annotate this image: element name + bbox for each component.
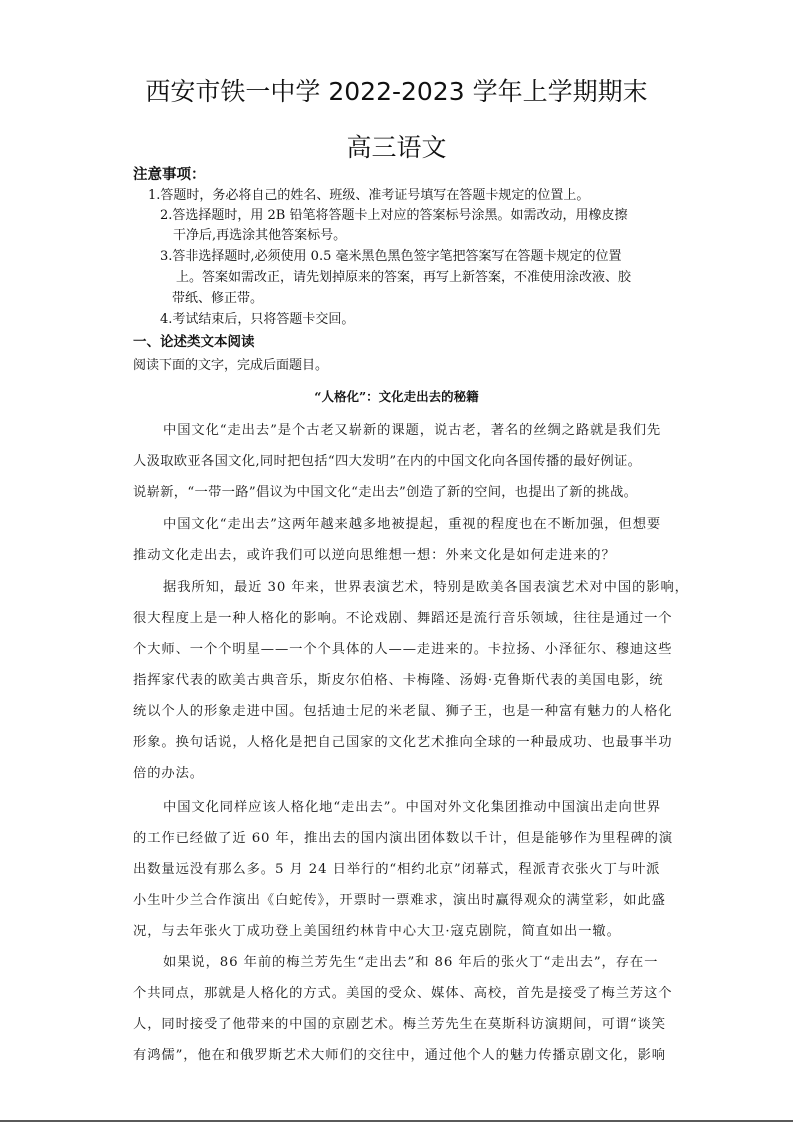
article-line: 小生叶少兰合作演出《白蛇传》，开票时一票难求，演出时赢得观众的满堂彩，如此盛 (133, 889, 663, 908)
article-line: 推动文化走出去，或许我们可以逆向思维想一想：外来文化是如何走进来的？ (133, 544, 663, 563)
notice-heading: 注意事项： (133, 163, 206, 184)
notice-item-3: 3.答非选择题时,必须使用 0.5 毫米黑色黑色签字笔把答案写在答题卡规定的位置 (160, 247, 621, 267)
article-line: 中国文化“走出去”是个古老又崭新的课题，说古老，著名的丝绸之路就是我们先 (163, 419, 693, 438)
notice-item-3-cont: 上。答案如需改正，请先划掉原来的答案，再写上新答案，不准使用涂改液、胶 (176, 268, 631, 288)
exam-page: 西安市铁一中学 2022-2023 学年上学期期末 高三语文 注意事项： 1.答… (0, 0, 793, 1122)
notice-item-3-cont2: 带纸、修正带。 (172, 289, 263, 309)
article-line: 出数量远没有那么多。5 月 24 日举行的“相约北京”闭幕式，程派青衣张火丁与叶… (133, 858, 663, 877)
article-line: 有鸿儒”，他在和俄罗斯艺术大师们的交往中，通过他个人的魅力传播京剧文化，影响 (133, 1044, 663, 1063)
article-line: 个大师、一个个明星——一个个具体的人——走进来的。卡拉扬、小泽征尔、穆迪这些 (133, 638, 663, 657)
article-line: 据我所知，最近 30 年来，世界表演艺术，特别是欧美各国表演艺术对中国的影响， (163, 576, 693, 595)
article-line: 如果说，86 年前的梅兰芳先生“走出去”和 86 年后的张火丁“走出去”，存在一 (163, 951, 693, 970)
article-line: 倍的办法。 (133, 762, 663, 781)
article-line: 的工作已经做了近 60 年，推出去的国内演出团体数以千计，但是能够作为里程碑的演 (133, 827, 663, 846)
notice-item-2: 2.答选择题时，用 2B 铅笔将答题卡上对应的答案标号涂黑。如需改动，用橡皮擦 (160, 206, 628, 226)
article-title: “人格化”：文化走出去的秘籍 (0, 387, 793, 405)
article-line: 中国文化同样应该人格化地“走出去”。中国对外文化集团推动中国演出走向世界 (163, 796, 693, 815)
notice-item-2-cont: 干净后,再选涂其他答案标号。 (173, 226, 346, 246)
article-line: 很大程度上是一种人格化的影响。不论戏剧、舞蹈还是流行音乐领域，往往是通过一个 (133, 607, 663, 626)
exam-subtitle: 高三语文 (0, 128, 793, 164)
section-heading: 一、论述类文本阅读 (133, 330, 255, 350)
article-line: 说崭新，“一带一路”倡议为中国文化“走出去”创造了新的空间，也提出了新的挑战。 (133, 481, 663, 500)
article-line: 中国文化“走出去”这两年越来越多地被提起，重视的程度也在不断加强，但想要 (163, 513, 693, 532)
article-line: 人，同时接受了他带来的中国的京剧艺术。梅兰芳先生在莫斯科访演期间，可谓“谈笑 (133, 1013, 663, 1032)
article-line: 指挥家代表的欧美古典音乐，斯皮尔伯格、卡梅隆、汤姆·克鲁斯代表的美国电影，统 (133, 669, 663, 688)
article-line: 个共同点，那就是人格化的方式。美国的受众、媒体、高校，首先是接受了梅兰芳这个 (133, 982, 663, 1001)
article-line: 统以个人的形象走进中国。包括迪士尼的米老鼠、狮子王，也是一种富有魅力的人格化 (133, 700, 663, 719)
section-instruction: 阅读下面的文字，完成后面题目。 (133, 354, 328, 373)
exam-title: 西安市铁一中学 2022-2023 学年上学期期末 (0, 72, 793, 108)
article-line: 人汲取欧亚各国文化,同时把包括“四大发明”在内的中国文化向各国传播的最好例证。 (133, 450, 663, 469)
article-line: 形象。换句话说，人格化是把自己国家的文化艺术推向全球的一种最成功、也最事半功 (133, 731, 663, 750)
notice-item-4: 4.考试结束后，只将答题卡交回。 (160, 310, 354, 330)
notice-item-1: 1.答题时，务必将自己的姓名、班级、准考证号填写在答题卡规定的位置上。 (148, 186, 589, 206)
article-line: 况，与去年张火丁成功登上美国纽约林肯中心大卫·寇克剧院，简直如出一辙。 (133, 920, 663, 939)
